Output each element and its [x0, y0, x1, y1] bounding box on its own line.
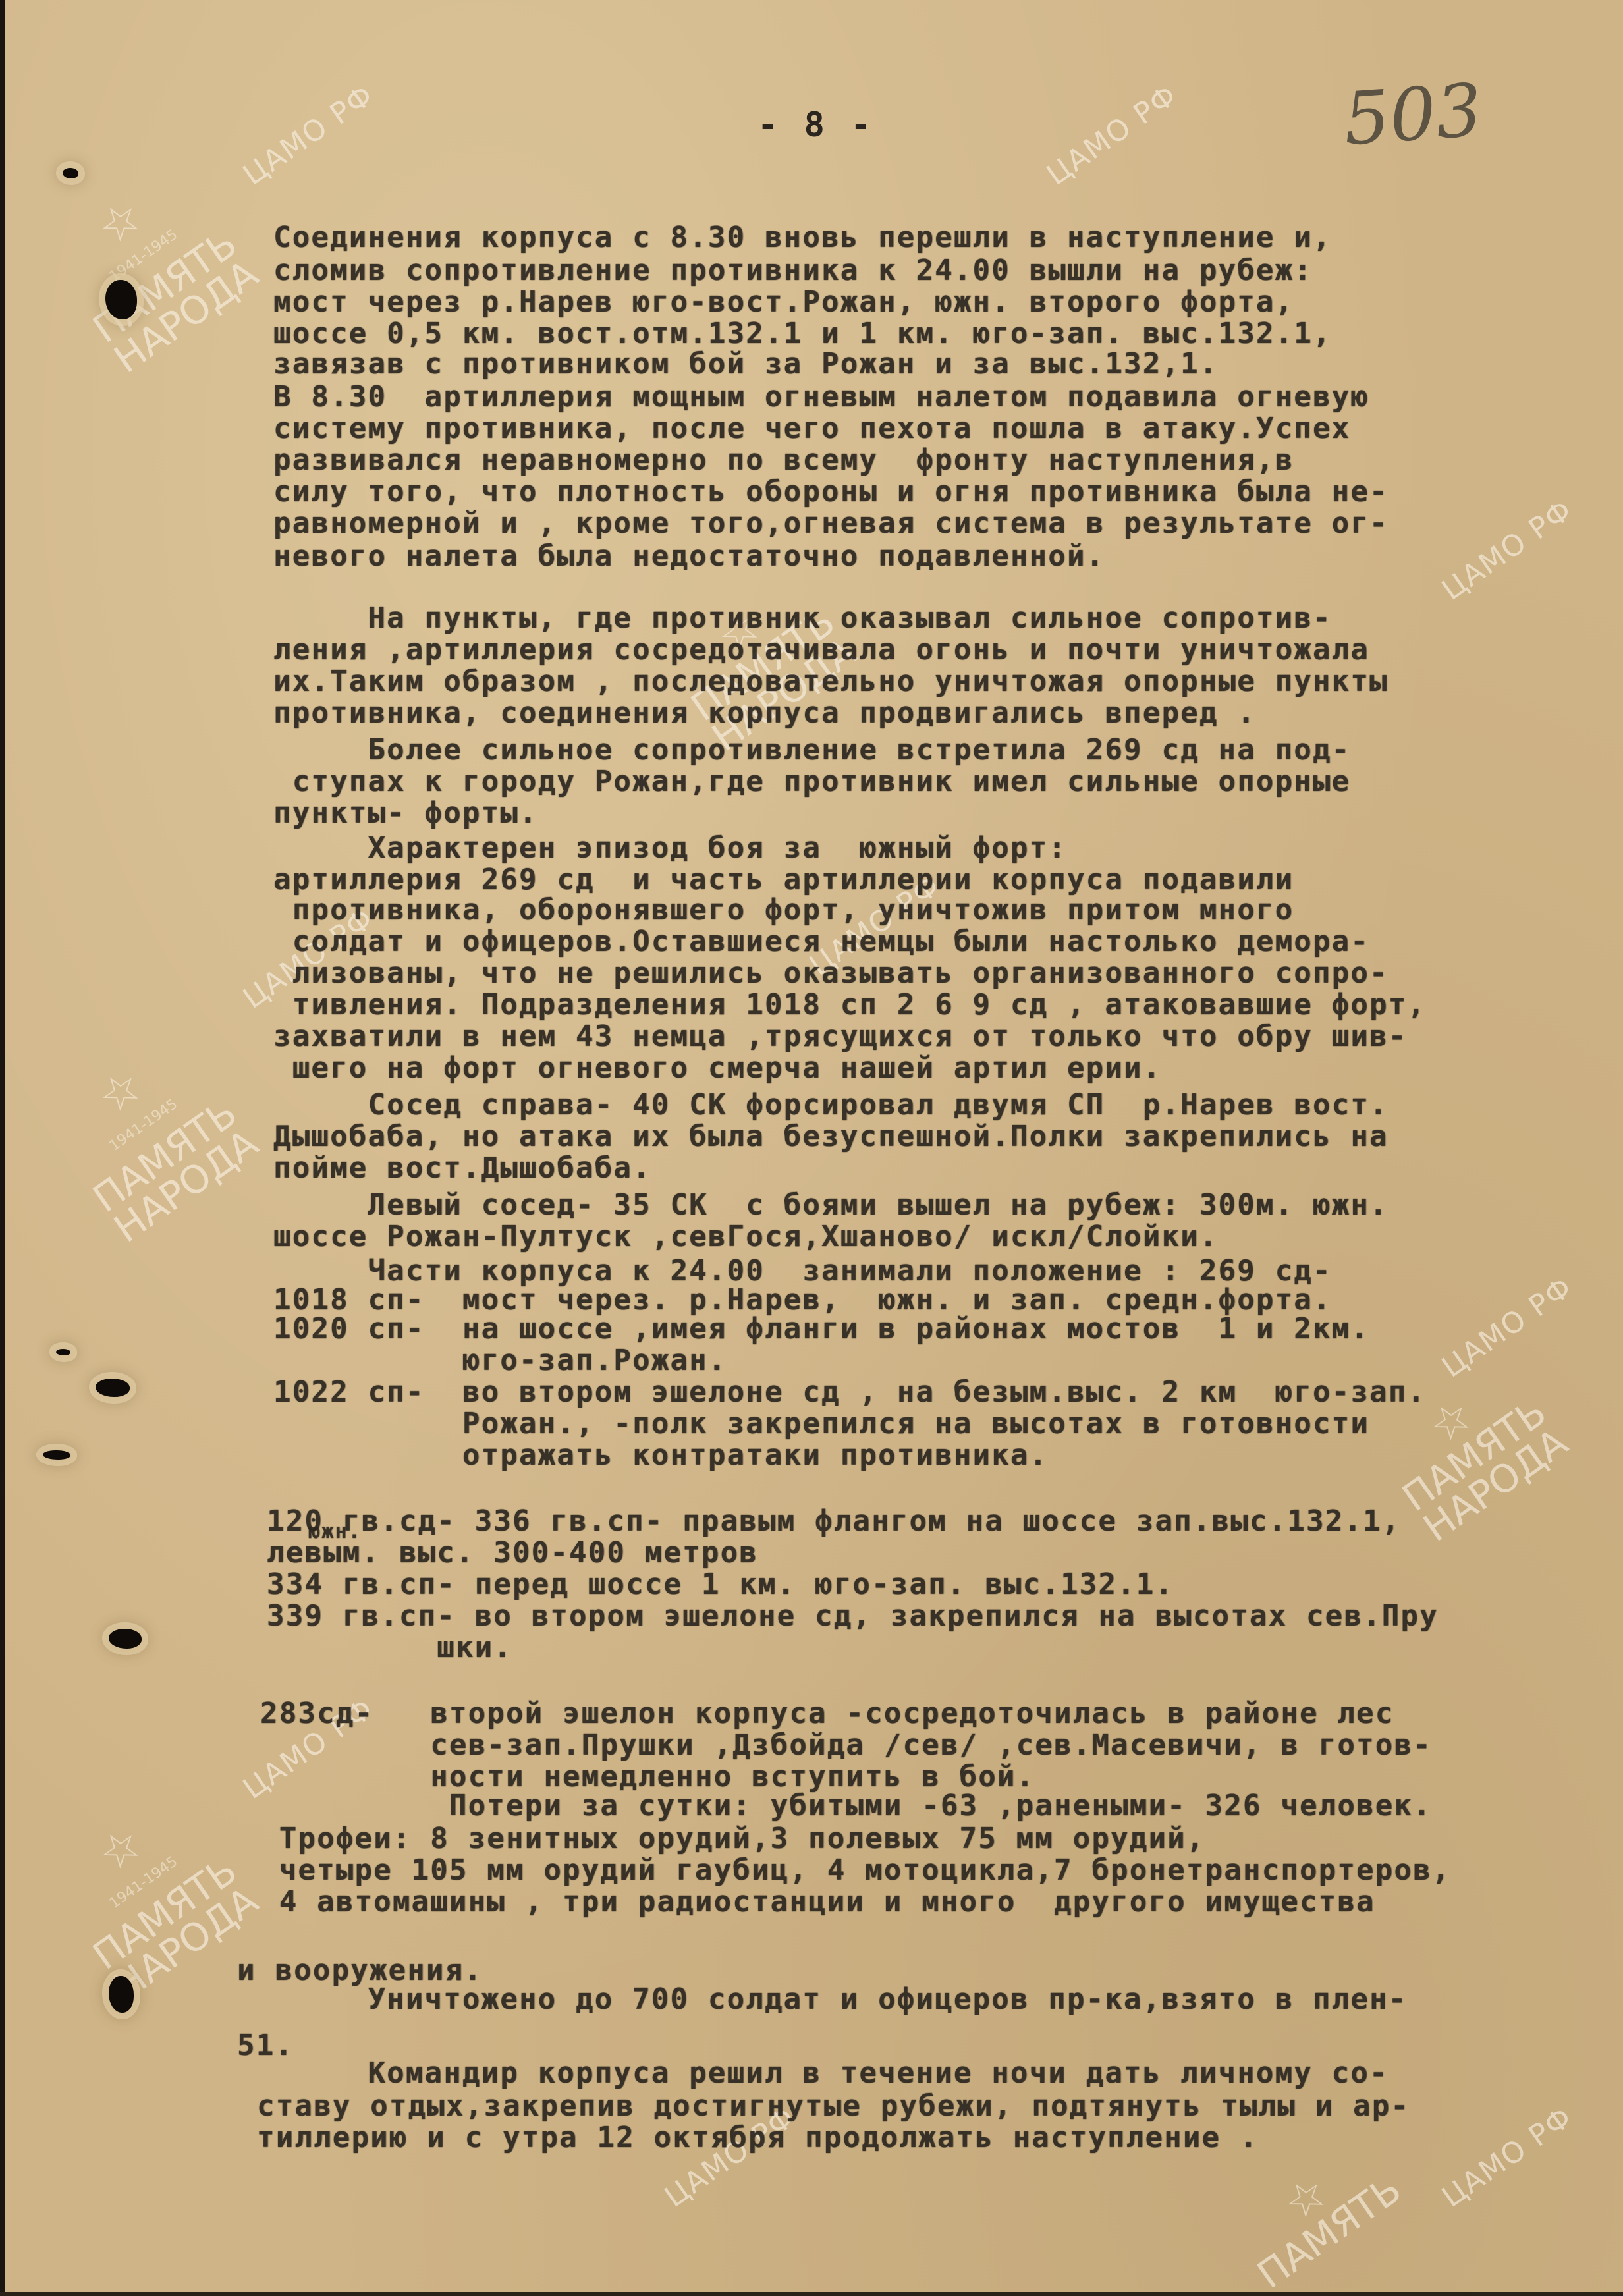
typed-line: силу того, что плотность обороны и огня … — [273, 475, 1389, 508]
typed-line: 283сд- второй эшелон корпуса -сосредоточ… — [260, 1697, 1394, 1730]
typed-line: юго-зап.Рожан. — [273, 1344, 727, 1377]
typed-line: Соединения корпуса с 8.30 вновь перешли … — [273, 221, 1332, 254]
typed-line: Рожан., -полк закрепился на высотах в го… — [273, 1407, 1369, 1440]
typed-line: систему противника, после чего пехота по… — [273, 412, 1350, 445]
typed-line: 4 автомашины , три радиостанции и много … — [260, 1885, 1375, 1919]
watermark-pamyat-naroda: ☆ ПАМЯТЬ — [1225, 2132, 1407, 2294]
typed-line: шки. — [267, 1631, 512, 1664]
typed-line: В 8.30 артиллерия мощным огневым налетом… — [273, 380, 1369, 414]
hole-punch — [109, 1629, 142, 1649]
typed-line: Командир корпуса решил в течение ночи да… — [273, 2056, 1389, 2090]
typed-line: 120 гв.сд- 336 гв.сп- правым флангом на … — [267, 1504, 1400, 1538]
typed-line: равномерной и , кроме того,огневая систе… — [273, 506, 1389, 540]
typed-line: шоссе Рожан-Пултуск ,севГося,Хшаново/ ис… — [273, 1220, 1219, 1253]
typed-line: 1020 сп- на шоссе ,имея фланги в районах… — [273, 1312, 1369, 1346]
typed-line: ставу отдых,закрепив достигнутые рубежи,… — [257, 2089, 1410, 2123]
typed-line: артиллерия 269 сд и часть артиллерии кор… — [273, 863, 1294, 896]
page-number: - 8 - — [757, 105, 874, 145]
typed-line: четыре 105 мм орудий гаубиц, 4 мотоцикла… — [260, 1853, 1451, 1887]
typed-line: Дышобаба, но атака их была безуспешной.П… — [273, 1120, 1389, 1153]
typed-line: Сосед справа- 40 СК форсировал двумя СП … — [273, 1088, 1389, 1122]
margin-annotation: южн. — [308, 1520, 362, 1543]
typed-line: противника, оборонявшего форт, уничтожив… — [273, 893, 1294, 927]
hole-punch — [43, 1450, 70, 1460]
hole-punch — [109, 1976, 134, 2013]
typed-line: ления ,артиллерия сосредотачивала огонь … — [273, 633, 1369, 667]
hole-punch — [96, 1379, 130, 1397]
hole-punch — [63, 168, 78, 178]
typed-line: солдат и офицеров.Оставшиеся немцы были … — [273, 925, 1369, 958]
watermark-pamyat-naroda: ☆ 1941-1945 ПАМЯТЬ НАРОДА — [40, 1025, 263, 1248]
typed-line: ступах к городу Рожан,где противник имел… — [273, 765, 1350, 798]
typed-line: развивался неравномерно по всему фронту … — [273, 443, 1294, 477]
watermark-pamyat-naroda: ☆ 1941-1945 ПАМЯТЬ НАРОДА — [40, 156, 263, 379]
hole-punch — [56, 1349, 70, 1355]
typed-line: тиллерию и с утра 12 октября продолжать … — [257, 2121, 1259, 2154]
archive-sheet-number: 503 — [1341, 68, 1485, 161]
typed-line: Трофеи: 8 зенитных орудий,3 полевых 75 м… — [260, 1822, 1224, 1855]
star-icon: ☆ — [40, 1025, 200, 1157]
typed-line: пойме вост.Дышобаба. — [273, 1151, 651, 1185]
typed-line: их.Таким образом , последовательно уничт… — [273, 665, 1389, 698]
typed-line: Потери за сутки: убитыми -63 ,ранеными- … — [260, 1789, 1432, 1822]
typed-line: Уничтожено до 700 солдат и офицеров пр-к… — [273, 1982, 1407, 2016]
typed-line: 334 гв.сп- перед шоссе 1 км. юго-зап. вы… — [267, 1568, 1174, 1601]
watermark-camo: ЦАМО РФ — [1436, 1270, 1579, 1384]
typed-line: лизованы, что не решились оказывать орга… — [273, 956, 1389, 990]
typed-line: 339 гв.сп- во втором эшелоне сд, закрепи… — [267, 1599, 1439, 1633]
typed-line: отражать контратаки противника. — [273, 1438, 1048, 1472]
watermark-pamyat-naroda: ☆ 1941-1945 ПАМЯТЬ НАРОДА — [40, 1783, 263, 2006]
page-bottom-edge — [0, 2292, 1623, 2296]
watermark-camo: ЦАМО РФ — [1041, 78, 1184, 192]
typed-line: сломив сопротивление противника к 24.00 … — [273, 254, 1313, 287]
typed-line: шоссе 0,5 км. вост.отм.132.1 и 1 км. юго… — [273, 317, 1332, 350]
hole-punch — [105, 280, 137, 319]
page-left-edge — [0, 0, 5, 2296]
typed-line: мост через р.Нарев юго-вост.Рожан, южн. … — [273, 285, 1294, 319]
typed-line: пункты- форты. — [273, 796, 538, 830]
typed-line: Левый сосед- 35 СК с боями вышел на рубе… — [273, 1188, 1389, 1222]
watermark-camo: ЦАМО РФ — [1436, 493, 1579, 607]
typed-line: Более сильное сопротивление встретила 26… — [273, 733, 1350, 767]
typed-line: Характерен эпизод боя за южный форт: — [273, 831, 1067, 865]
typed-line: захватили в нем 43 немца ,трясущихся от … — [273, 1020, 1407, 1053]
watermark-camo: ЦАМО РФ — [237, 78, 380, 192]
typed-line: шего на форт огневого смерча нашей артил… — [273, 1051, 1161, 1085]
watermark-camo: ЦАМО РФ — [1436, 2100, 1579, 2214]
typed-line: На пункты, где противник оказывал сильно… — [273, 601, 1332, 635]
star-icon: ☆ — [40, 1783, 200, 1915]
typed-line: тивления. Подразделения 1018 сп 2 6 9 сд… — [273, 988, 1426, 1022]
typed-line: невого налета была недостаточно подавлен… — [273, 539, 1105, 573]
typed-line: 1022 сп- во втором эшелоне сд , на безым… — [273, 1375, 1426, 1409]
typed-line: противника, соединения корпуса продвигал… — [273, 696, 1256, 730]
typed-line: сев-зап.Прушки ,Дзбойда /сев/ ,сев.Масев… — [260, 1728, 1432, 1762]
typed-line: завязав с противником бой за Рожан и за … — [273, 347, 1219, 381]
